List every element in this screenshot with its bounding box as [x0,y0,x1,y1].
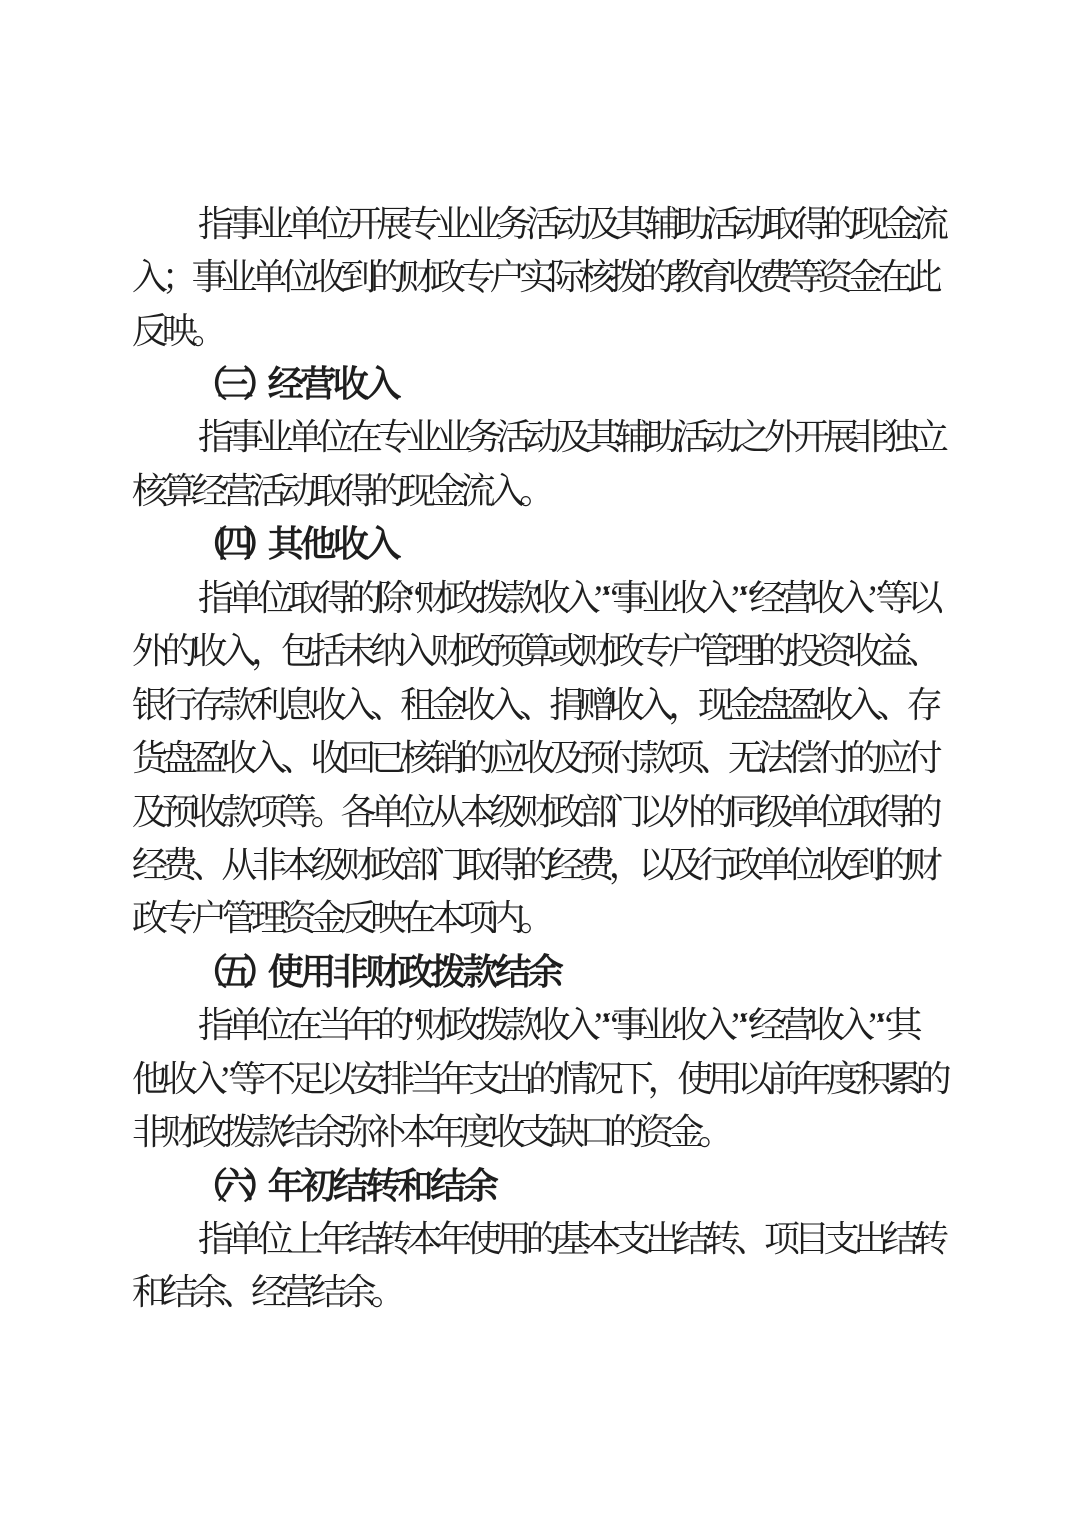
paragraph-line: 银行存款利息收入、租金收入、捐赠收入，现金盘盈收入、存 [135,678,947,731]
char: 单 [254,259,284,295]
char: 费 [761,259,791,295]
char: 及 [671,847,701,883]
char: 位 [791,847,821,883]
char: 租 [403,687,433,723]
char: 款 [508,1007,538,1043]
char: 流 [916,206,946,242]
char: 指 [201,1007,231,1043]
char: 在 [880,259,910,295]
char: 外 [671,794,701,830]
char: 使 [270,954,303,990]
char: 务 [499,206,529,242]
char: 经 [195,473,225,509]
char: 立 [916,419,946,455]
char: 营 [782,580,812,616]
char: 反 [344,900,374,936]
char: 或 [552,633,582,669]
char: 收 [493,1114,523,1150]
char: 到 [850,847,880,883]
char: 展 [827,419,857,455]
char: 盈 [791,687,821,723]
paragraph-line: 指事业单位在专业业务活动及其辅助活动之外开展非独立 [135,411,947,464]
char: 已 [373,740,403,776]
char: 入 [493,473,523,509]
char: 金 [886,206,916,242]
char: 收 [812,580,842,616]
char: 单 [373,794,403,830]
char: 得 [344,473,374,509]
paragraph-line: 和结余、经营结余。 [135,1266,947,1319]
char: 现 [857,206,887,242]
char: 辅 [618,419,648,455]
char: 开 [350,206,380,242]
char: 得 [797,206,827,242]
char: 的 [919,1061,949,1097]
char: 益 [880,633,910,669]
char: 入 [224,633,254,669]
char: 存 [195,687,225,723]
char: 余 [530,954,563,990]
char: 其 [618,206,648,242]
char: ； [165,259,195,295]
char: 拨 [612,259,642,295]
char: 位 [820,794,850,830]
char: 。 [522,473,552,509]
char: 动 [737,206,767,242]
char: 收 [812,1007,842,1043]
char: 指 [201,419,231,455]
char: 年 [270,1168,303,1204]
char: 收 [314,740,344,776]
char: 金 [314,900,344,936]
char: 取 [314,473,344,509]
char: 取 [767,206,797,242]
char: 教 [671,259,701,295]
char: 使 [680,1061,710,1097]
char: 当 [320,1007,350,1043]
char: 收 [612,687,642,723]
char: 入 [568,580,598,616]
char: 的 [165,633,195,669]
char: 资 [820,633,850,669]
char: 资 [820,259,850,295]
char: 年 [433,1114,463,1150]
char: 专 [463,259,493,295]
char: 。 [522,900,552,936]
char: 转 [916,1221,946,1257]
char: 管 [701,633,731,669]
char: 取 [290,580,320,616]
char: 政 [552,794,582,830]
char: 收 [224,740,254,776]
char: 际 [552,259,582,295]
char: 拨 [224,1114,254,1150]
char: 理 [731,633,761,669]
char: 的 [642,259,672,295]
char: 拨 [478,1007,508,1043]
char: 营 [782,1007,812,1043]
paragraph-line: 非财政拨款结余弥补本年度收支缺口的资金。 [135,1105,947,1158]
char: 预 [582,740,612,776]
char: 度 [463,1114,493,1150]
char: 当 [412,1061,442,1097]
char: 收 [165,1061,195,1097]
char: 业 [224,259,254,295]
char: 结 [335,1168,368,1204]
char: 年 [320,1221,350,1257]
char: 费 [582,847,612,883]
char: 实 [522,259,552,295]
char: 预 [493,633,523,669]
char: 政 [612,633,642,669]
char: 情 [561,1061,591,1097]
char: 入 [642,687,672,723]
char: 收 [850,633,880,669]
char: 的 [910,794,940,830]
section-heading: （三）经营收入 [135,357,947,410]
char: 口 [582,1114,612,1150]
char: 部 [403,847,433,883]
char: 应 [493,740,523,776]
char: 和 [400,1168,433,1204]
char: 付 [910,740,940,776]
char: 他 [302,526,335,562]
char: 用 [710,1061,740,1097]
char: 年 [442,1061,472,1097]
char: 转 [708,1221,738,1257]
char: 及 [135,794,165,830]
char: 未 [344,633,374,669]
char: 款 [642,740,672,776]
char: 目 [797,1221,827,1257]
char: 赠 [582,687,612,723]
char: 支 [827,1221,857,1257]
char: 前 [770,1061,800,1097]
char: 户 [671,633,701,669]
char: 辅 [648,206,678,242]
char: 级 [493,794,523,830]
char: 支 [618,1221,648,1257]
paragraph-line: 指单位取得的除“财政拨款收入”“事业收入”“经营收入”等以 [135,571,947,624]
char: 金 [433,473,463,509]
char: 经 [753,580,783,616]
char: 活 [708,206,738,242]
char: 助 [648,419,678,455]
char: 下 [621,1061,651,1097]
char: 足 [293,1061,323,1097]
char: 财 [344,847,374,883]
char: 及 [559,419,589,455]
char: 政 [195,1114,225,1150]
paragraph-line: 外的收入，包括未纳入财政预算或财政专户管理的投资收益、 [135,625,947,678]
char: 外 [767,419,797,455]
char: 动 [284,473,314,509]
char: 专 [642,633,672,669]
char: 收 [314,259,344,295]
char: 财 [433,633,463,669]
char: 政 [400,954,433,990]
char: 弥 [344,1114,374,1150]
char: 位 [320,206,350,242]
char: 利 [254,687,284,723]
char: 营 [224,473,254,509]
char: 、 [880,687,910,723]
char: 括 [314,633,344,669]
char: 款 [224,687,254,723]
char: 年 [439,1221,469,1257]
char: 政 [731,847,761,883]
char: 单 [791,794,821,830]
char: 财 [165,1114,195,1150]
char: 用 [499,1221,529,1257]
char: 收 [522,740,552,776]
char: 费 [165,847,195,883]
char: 业 [645,1007,675,1043]
char: 活 [529,206,559,242]
char: 位 [261,580,291,616]
char: 累 [889,1061,919,1097]
char: 财 [582,633,612,669]
char: 本 [284,847,314,883]
section-heading: （六）年初结转和结余 [135,1159,947,1212]
char: 核 [582,259,612,295]
char: 单 [231,1221,261,1257]
char: 项 [767,1221,797,1257]
char: 的 [612,1114,642,1150]
char: 拨 [432,954,465,990]
char: 业 [645,580,675,616]
char: 经 [552,847,582,883]
char: 。 [373,1274,403,1310]
char: 非 [335,954,368,990]
char: 本 [463,794,493,830]
char: 。 [195,313,225,349]
char: 收 [195,794,225,830]
char: 助 [678,206,708,242]
char: 其 [890,1007,920,1043]
paragraph-line: 政专户管理资金反映在本项内。 [135,892,947,945]
char: 单 [290,206,320,242]
char: 度 [829,1061,859,1097]
char: 无 [731,740,761,776]
char: 动 [708,419,738,455]
char: 事 [195,259,225,295]
char: 补 [373,1114,403,1150]
char: 经 [135,847,165,883]
char: 本 [410,1221,440,1257]
char: 收 [538,1007,568,1043]
char: 专 [165,900,195,936]
char: 结 [165,1274,195,1310]
char: 经 [270,366,303,402]
char: 在 [290,1007,320,1043]
char: 政 [448,1007,478,1043]
char: 动 [529,419,559,455]
char: 存 [910,687,940,723]
char: 入 [705,580,735,616]
section-heading: （四）其他收入 [135,518,947,571]
char: 入 [568,1007,598,1043]
char: 他 [135,1061,165,1097]
char: 资 [284,900,314,936]
char: 业 [439,419,469,455]
char: 指 [201,580,231,616]
char: 款 [465,954,498,990]
char: 入 [842,580,872,616]
char: 独 [886,419,916,455]
char: 位 [320,419,350,455]
char: 非 [254,847,284,883]
char: 专 [410,206,440,242]
char: 级 [314,847,344,883]
char: 反 [135,313,165,349]
char: 展 [380,206,410,242]
char: 此 [910,259,940,295]
char: 算 [522,633,552,669]
char: 盘 [761,687,791,723]
char: 出 [502,1061,532,1097]
char: 的 [701,794,731,830]
char: 以 [911,580,941,616]
char: 非 [135,1114,165,1150]
char: 收 [335,366,368,402]
char: 收 [335,526,368,562]
char: 付 [612,740,642,776]
char: 等 [284,794,314,830]
char: 事 [231,419,261,455]
char: 核 [403,740,433,776]
char: 业 [261,419,291,455]
char: 行 [701,847,731,883]
char: 财 [367,954,400,990]
paragraph-line: 入；事业单位收到的财政专户实际核拨的教育收费等资金在此 [135,250,947,303]
char: 缺 [552,1114,582,1150]
char: ， [612,847,642,883]
char: 的 [373,473,403,509]
paragraph-line: 核算经营活动取得的现金流入。 [135,464,947,517]
char: 包 [284,633,314,669]
char: 取 [850,794,880,830]
char: 映 [373,900,403,936]
paragraph-line: 指单位在当年的“财政拨款收入”“事业收入”“经营收入”“其 [135,999,947,1052]
char: 的 [522,847,552,883]
char: 、 [522,687,552,723]
char: 开 [797,419,827,455]
char: 付 [820,740,850,776]
char: 以 [323,1061,353,1097]
char: 况 [591,1061,621,1097]
char: 除 [380,580,410,616]
char: 管 [224,900,254,936]
char: 入 [842,1007,872,1043]
char: 余 [195,1274,225,1310]
char: 单 [290,419,320,455]
char: 得 [320,580,350,616]
char: 销 [433,740,463,776]
char: 育 [701,259,731,295]
char: 级 [761,794,791,830]
char: 及 [588,206,618,242]
char: 的 [531,1061,561,1097]
char: 等 [881,580,911,616]
char: 入 [403,633,433,669]
char: 款 [224,794,254,830]
char: 本 [433,900,463,936]
document-page: 指事业单位开展专业业务活动及其辅助活动取得的现金流入；事业单位收到的财政专户实际… [0,0,1075,1521]
char: 部 [582,794,612,830]
char: 业 [410,419,440,455]
char: 在 [403,900,433,936]
char: 其 [588,419,618,455]
char: 营 [284,1274,314,1310]
char: 位 [284,259,314,295]
char: 入 [705,1007,735,1043]
char: 转 [367,1168,400,1204]
char: 收 [675,580,705,616]
char: 入 [367,526,400,562]
document-content: 指事业单位开展专业业务活动及其辅助活动取得的现金流入；事业单位收到的财政专户实际… [135,197,947,1319]
char: 等 [233,1061,263,1097]
char: 映 [165,313,195,349]
char: 上 [290,1221,320,1257]
char: 收 [820,687,850,723]
char: 本 [403,1114,433,1150]
char: 收 [314,687,344,723]
char: ， [651,1061,681,1097]
char: 单 [761,847,791,883]
char: 单 [231,1007,261,1043]
char: 收 [731,259,761,295]
char: 资 [642,1114,672,1150]
char: 同 [731,794,761,830]
char: 门 [612,794,642,830]
char: 金 [850,259,880,295]
char: 理 [254,900,284,936]
char: 、 [737,1221,767,1257]
char: 排 [382,1061,412,1097]
char: 、 [224,1274,254,1310]
char: 盈 [195,740,225,776]
char: 入 [493,687,523,723]
char: 的 [463,740,493,776]
char: 偿 [791,740,821,776]
char: 使 [469,1221,499,1257]
char: 活 [254,473,284,509]
char: 财 [419,1007,449,1043]
char: 入 [367,366,400,402]
char: 拨 [478,580,508,616]
char: 政 [433,259,463,295]
char: 以 [642,847,672,883]
char: 事 [231,206,261,242]
char: 财 [522,794,552,830]
char: 收 [463,687,493,723]
section-heading: （五）使用非财政拨款结余 [135,945,947,998]
char: 余 [465,1168,498,1204]
char: 取 [463,847,493,883]
char: 盘 [165,740,195,776]
char: 本 [588,1221,618,1257]
char: 入 [344,687,374,723]
char: 政 [135,900,165,936]
char: 的 [380,1007,410,1043]
char: 门 [433,847,463,883]
char: 算 [165,473,195,509]
char: 的 [373,259,403,295]
char: 基 [559,1221,589,1257]
char: 到 [344,259,374,295]
char: 结 [284,1114,314,1150]
